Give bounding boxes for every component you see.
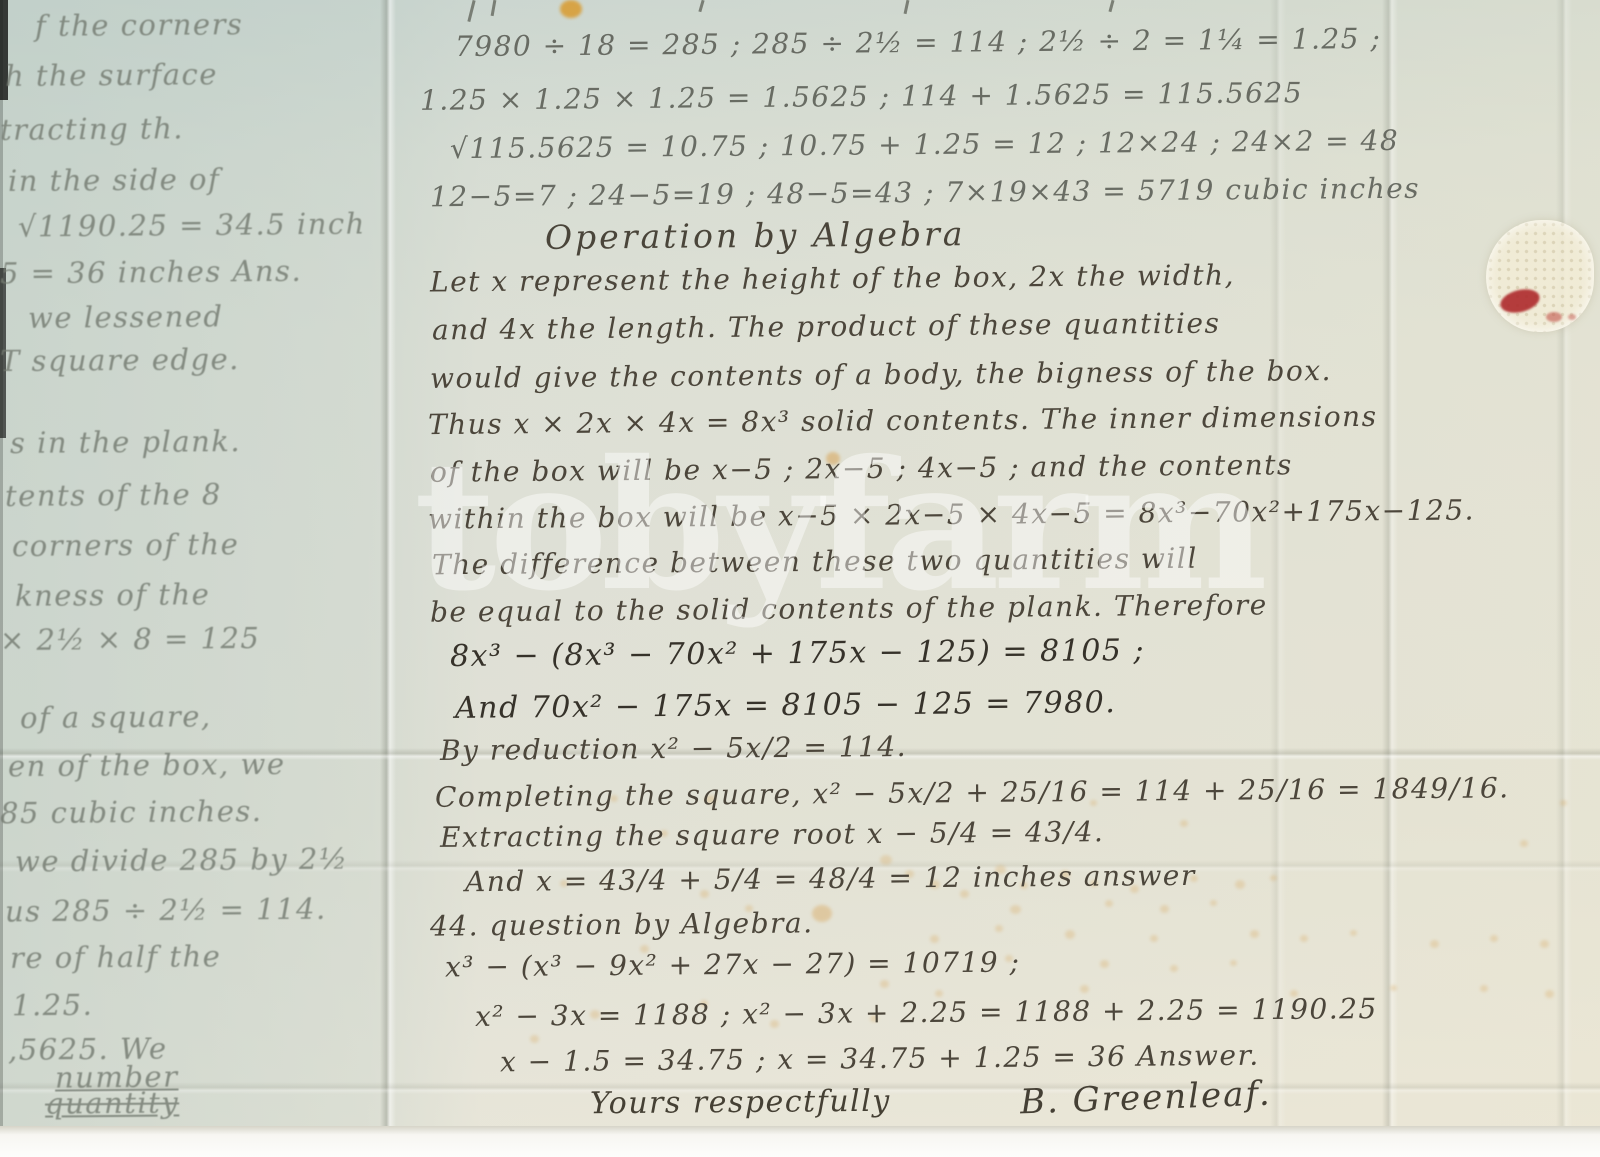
foxing-spot [1100,960,1109,968]
foxing-spot [1150,935,1158,942]
scanner-background [0,1126,1600,1157]
foxing-spot [930,935,939,943]
foxing-spot [1210,900,1217,906]
foxing-spot [1390,985,1397,991]
handwritten-line: 5 = 36 inches Ans. [0,254,302,291]
handwritten-line: T square edge. [0,342,240,378]
handwritten-line: en of the box, we [8,747,286,783]
foxing-spot [1065,930,1075,939]
handwritten-line: 8x³ − (8x³ − 70x² + 175x − 125) = 8105 ; [450,633,1145,674]
foxing-spot [1250,930,1259,938]
handwritten-line: tracting th. [0,111,184,147]
handwritten-line: Completing the square, x² − 5x/2 + 25/16… [435,771,1510,813]
pen-stroke-fragment [491,0,497,16]
pen-stroke-fragment [1108,0,1114,12]
handwritten-line: would give the contents of a body, the b… [430,354,1332,395]
handwritten-line: 85 cubic inches. [0,794,263,830]
scan-edge-line [0,0,3,1128]
handwritten-line: kness of the [15,577,211,613]
handwritten-line: The difference between these two quantit… [432,542,1198,582]
vertical-fold-left [380,0,396,1128]
letter-paper: f the cornersh the surfacetracting th.in… [0,0,1600,1128]
vertical-crease-edge [1556,0,1572,1128]
foxing-spot [1080,985,1089,993]
handwritten-line: And 70x² − 175x = 8105 − 125 = 7980. [455,685,1117,726]
ink-stain [560,0,582,18]
handwritten-line: 1.25 × 1.25 × 1.25 = 1.5625 ; 114 + 1.56… [420,76,1303,117]
foxing-spot [1480,985,1488,992]
vertical-fold-right [1382,0,1398,1128]
pen-stroke-fragment [467,0,475,22]
foxing-spot [880,980,889,988]
handwritten-line: h the surface [5,57,218,93]
embossed-seal [1486,220,1594,332]
handwritten-line: x − 1.5 = 34.75 ; x = 34.75 + 1.25 = 36 … [500,1039,1260,1079]
foxing-spot [1430,940,1439,948]
foxing-spot [812,905,832,922]
foxing-spot [1235,880,1245,889]
handwritten-line: × 2½ × 8 = 125 [0,621,261,657]
foxing-spot [1300,935,1308,942]
handwritten-line: and 4x the length. The product of these … [432,307,1221,347]
handwritten-line: re of half the [10,939,222,975]
handwritten-line: be equal to the solid contents of the pl… [430,588,1268,628]
foxing-spot [1520,840,1528,847]
handwritten-line: Let x represent the height of the box, 2… [430,258,1235,298]
handwritten-line: Extracting the square root x − 5/4 = 43/… [440,815,1105,854]
foxing-spot [1230,960,1237,966]
foxing-spot [1490,935,1498,942]
foxing-spot [1170,965,1178,972]
handwritten-line: Thus x × 2x × 4x = 8x³ solid contents. T… [428,400,1378,441]
handwritten-line: √1190.25 = 34.5 inch [18,206,366,243]
foxing-spot [1540,940,1549,948]
foxing-spot [1105,900,1113,907]
handwritten-line: we divide 285 by 2½ [15,842,349,879]
handwritten-line: x² − 3x = 1188 ; x² − 3x + 2.25 = 1188 +… [475,992,1378,1033]
handwritten-line: Yours respectfully [590,1084,891,1122]
handwritten-line: within the box will be x−5 × 2x−5 × 4x−5… [428,493,1475,535]
foxing-spot [1560,800,1567,806]
handwritten-line: And x = 43/4 + 5/4 = 48/4 = 12 inches an… [465,859,1196,898]
handwritten-line: corners of the [12,527,240,563]
handwritten-line: B. Greenleaf. [1019,1074,1272,1123]
vertical-crease-faint [1270,0,1286,1128]
foxing-spot [1270,875,1277,881]
pen-stroke-fragment [904,0,910,14]
handwritten-line: quantity [45,1085,179,1120]
handwritten-line: Operation by Algebra [545,214,966,257]
foxing-spot [1010,905,1021,914]
handwritten-line: By reduction x² − 5x/2 = 114. [440,730,907,767]
red-wax-speck [1546,312,1562,322]
handwritten-line: 44. question by Algebra. [430,906,814,942]
handwritten-line: we lessened [28,299,224,335]
handwritten-line: us 285 ÷ 2½ = 114. [5,892,327,929]
handwritten-line: 7980 ÷ 18 = 285 ; 285 ÷ 2½ = 114 ; 2½ ÷ … [455,22,1382,63]
foxing-spot [1180,820,1188,827]
handwritten-line: tents of the 8 [5,477,222,513]
foxing-spot [1545,990,1554,998]
handwritten-line: s in the plank. [10,424,241,460]
foxing-spot [530,1035,539,1043]
scanned-letter: f the cornersh the surfacetracting th.in… [0,0,1600,1157]
pen-stroke-fragment [698,0,704,12]
foxing-spot [1350,930,1357,936]
handwritten-line: x³ − (x³ − 9x² + 27x − 27) = 10719 ; [445,945,1021,983]
handwritten-line: of the box will be x−5 ; 2x−5 ; 4x−5 ; a… [430,448,1293,489]
red-wax-spot [1498,285,1542,316]
foxing-spot [995,925,1003,932]
handwritten-line: of a square, [20,699,212,735]
handwritten-line: in the side of [8,162,220,198]
handwritten-line: 1.25. [12,988,94,1023]
handwritten-line: √115.5625 = 10.75 ; 10.75 + 1.25 = 12 ; … [450,124,1399,165]
handwritten-line: f the corners [35,7,244,43]
foxing-spot [1160,905,1169,913]
red-wax-speck [1568,314,1576,320]
